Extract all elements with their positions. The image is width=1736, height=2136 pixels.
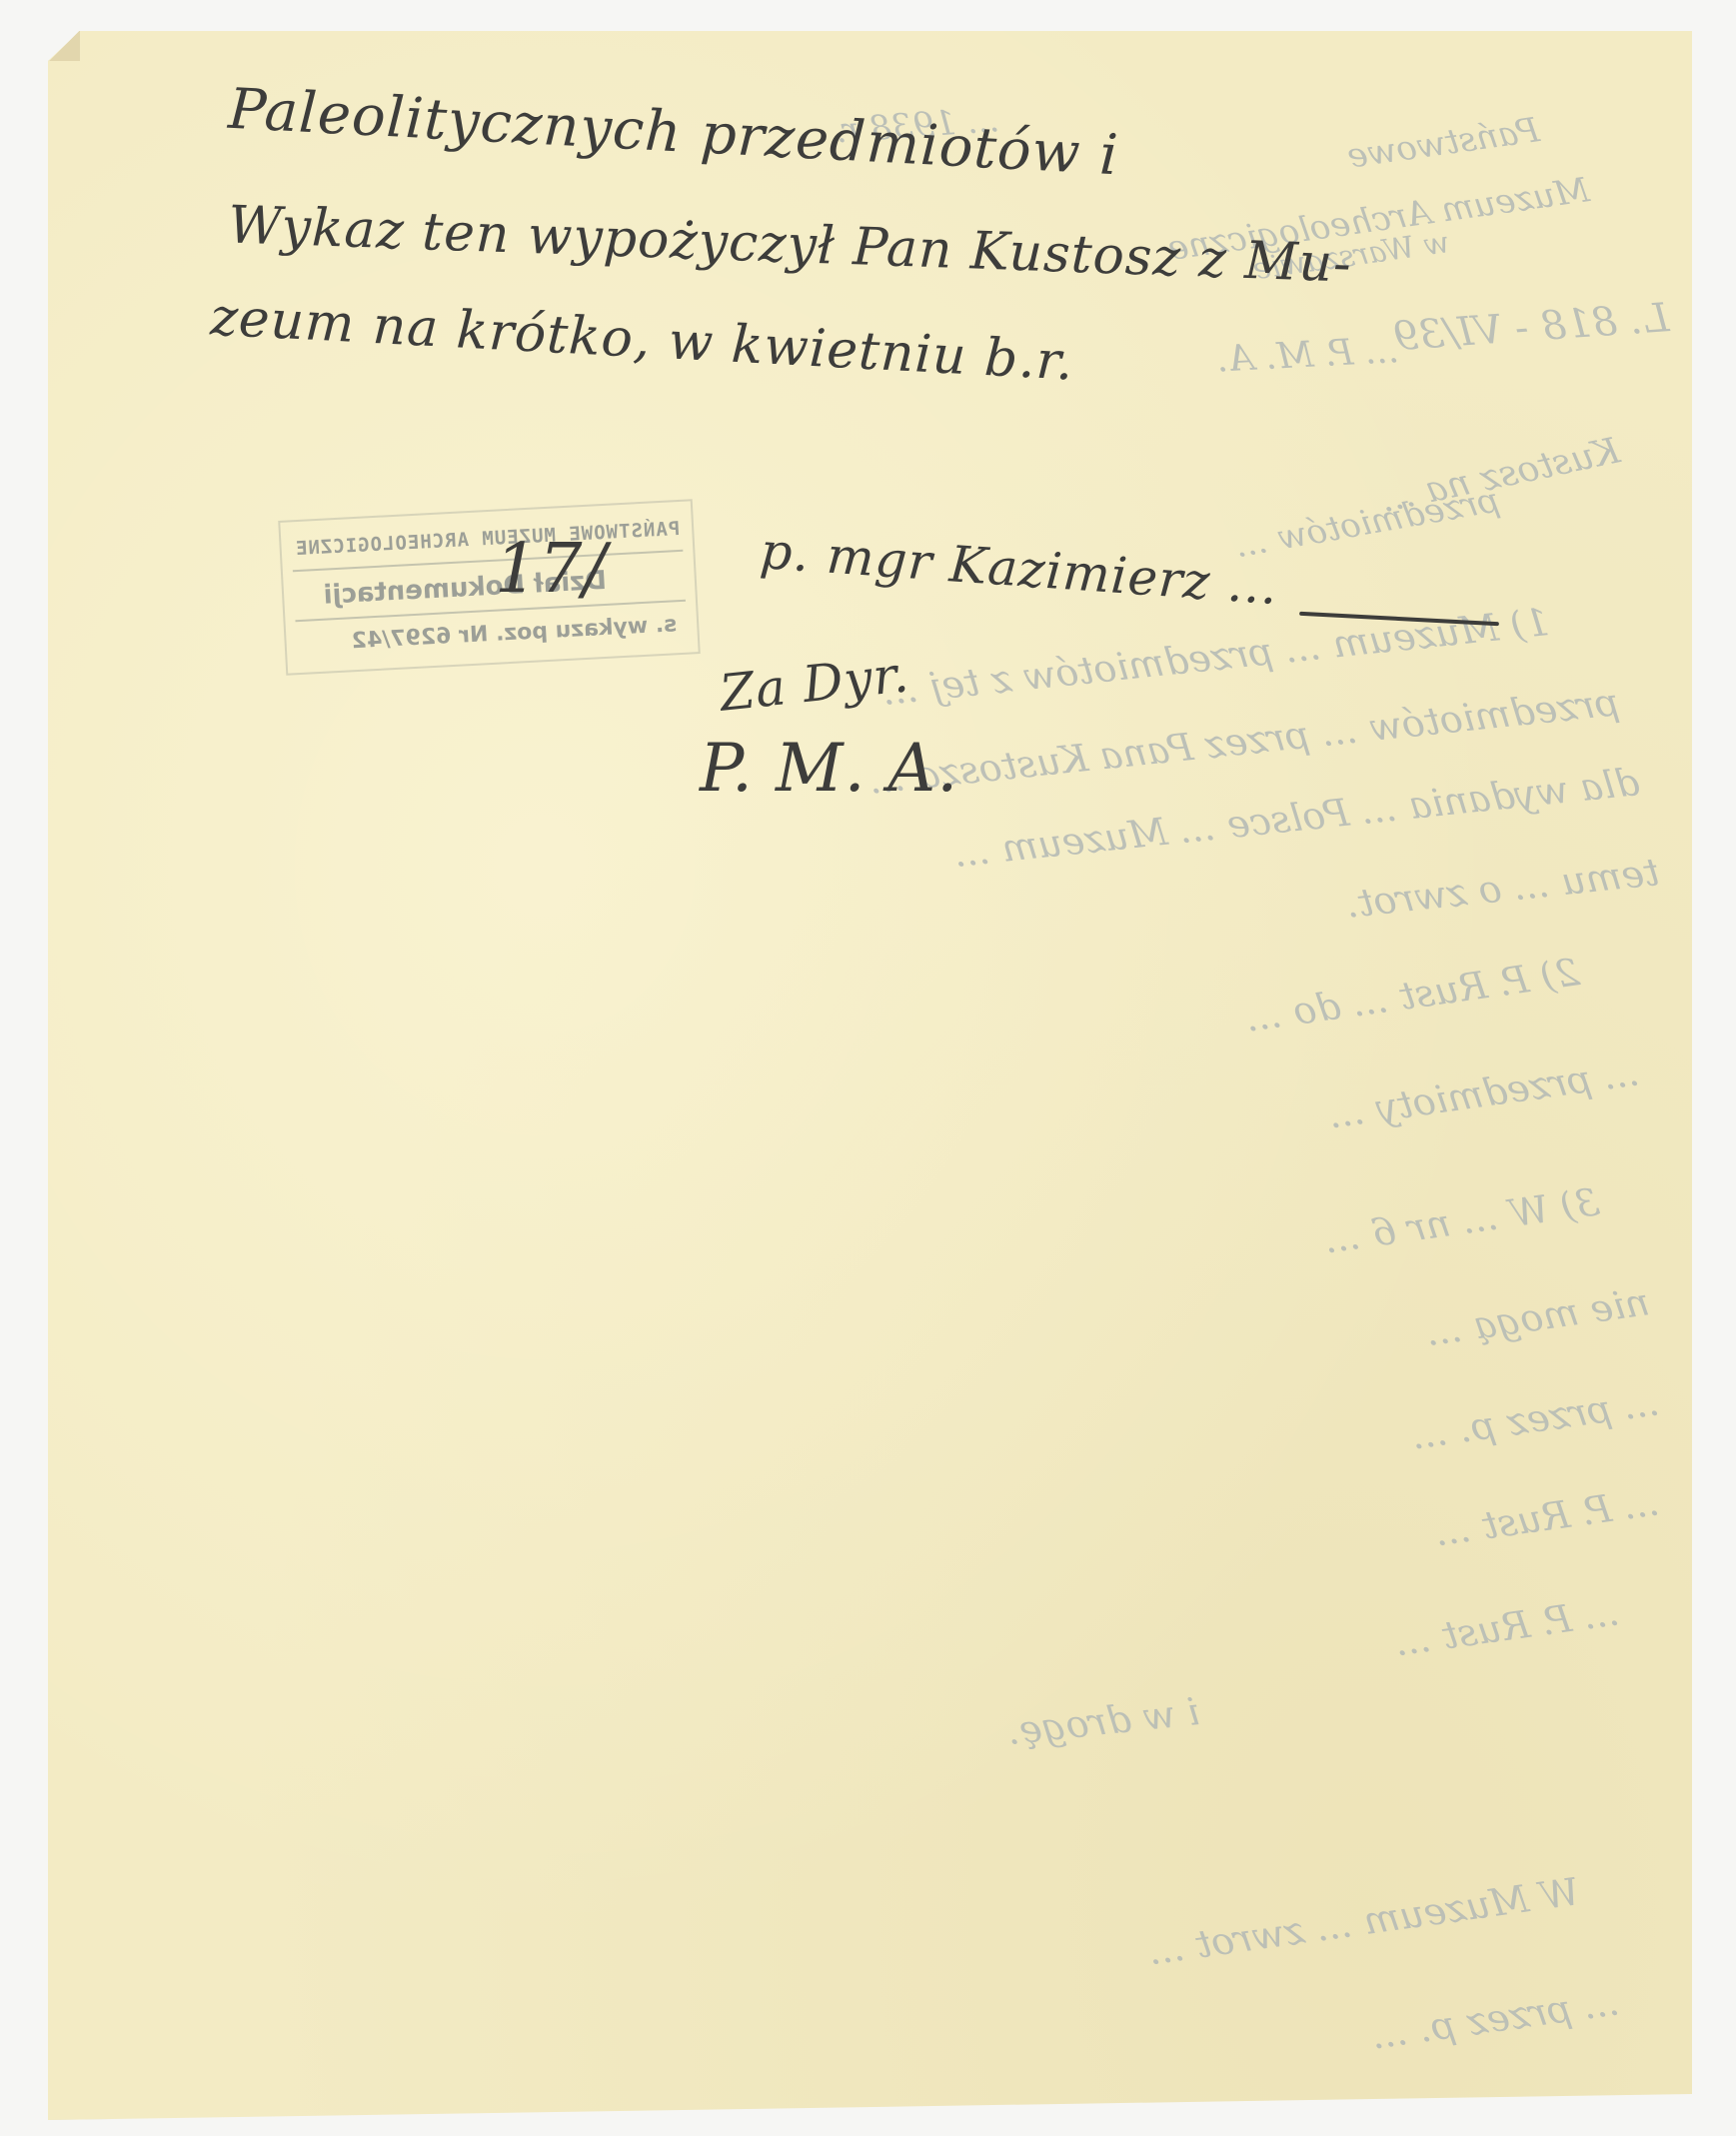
initials-signature: P. M. A. <box>700 730 958 807</box>
reference-number: 17/ <box>495 530 607 609</box>
archive-stamp: PAŃSTWOWE MUZEUM ARCHEOLOGICZNE Dział Do… <box>278 499 701 676</box>
folded-corner <box>48 31 80 61</box>
